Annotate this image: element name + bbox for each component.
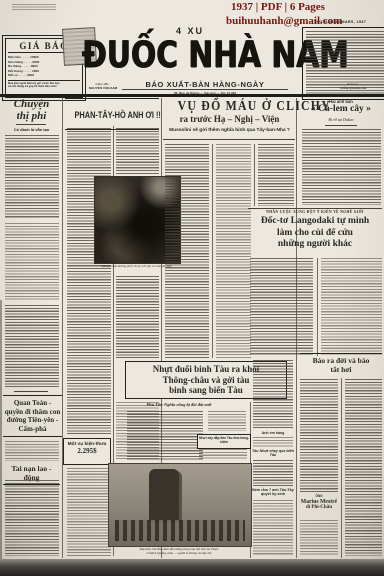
body-text xyxy=(345,379,382,556)
price-row: Mỗi số . . . . . 0$04 xyxy=(8,73,80,78)
column-rule xyxy=(317,258,318,356)
divider xyxy=(14,391,48,392)
headline-thi-phi: Chuyện thị phi xyxy=(3,98,60,122)
body-text xyxy=(250,258,313,356)
masthead-title: ĐUỐC NHÀ NAM xyxy=(82,33,298,76)
editorial-box xyxy=(302,27,384,100)
body-text xyxy=(300,379,338,492)
body-text xyxy=(165,144,209,358)
body-text xyxy=(67,468,111,556)
body-text xyxy=(302,129,381,205)
body-text xyxy=(321,258,382,356)
brief-head-c: Đêm rằm 7 anh Tân-Tây quyết hy-sinh xyxy=(251,488,295,497)
headline-clichy-sub1: ra trước Hạ – Nghị – Viện xyxy=(163,114,296,124)
body-text xyxy=(116,128,159,174)
brief-head-a: Anh em hàng xyxy=(252,431,294,435)
canton-photo xyxy=(108,463,252,547)
dateline: THỨ NĂM 25 MARS, 1937 xyxy=(300,20,380,24)
body-text xyxy=(258,144,294,206)
masthead-director: Giám-đốc : NGUYỄN VĂN-SAM xyxy=(74,82,132,90)
crowd-shape xyxy=(115,520,246,541)
scan-edge-bottom xyxy=(0,559,384,576)
body-text xyxy=(5,441,59,461)
scan-smudge xyxy=(12,4,56,10)
headline-bao-ra-doi: Báo ra đời và báo tắt hơi xyxy=(300,353,382,374)
headline-kien-thua: Một vụ kiện-thưa 2.295$ xyxy=(63,438,111,465)
newspaper-page: 1937 | PDF | 6 Pages buihuuhanh@gmail.co… xyxy=(0,0,384,576)
headline-calem: « Cà-lem cây » xyxy=(302,104,380,114)
headline-langodaki: Đốc-tơ Langodaki tự mình làm cho cùi để … xyxy=(246,216,384,251)
column-rule xyxy=(341,378,342,558)
body-text xyxy=(5,223,59,301)
body-text xyxy=(253,460,293,486)
body-text xyxy=(116,276,159,358)
divider xyxy=(325,125,357,126)
body-text xyxy=(5,135,59,219)
body-text xyxy=(253,437,293,447)
body-text xyxy=(253,360,293,428)
column-rule xyxy=(254,144,255,206)
editorial-box-text xyxy=(306,31,384,96)
headline-clichy-sub2: Mussolini sẽ gởi thêm nghĩa binh qua Tây… xyxy=(163,128,296,133)
canton-photo-caption: Đại-biểu của Hoa-kiều đến dưng tràng hoa… xyxy=(98,547,260,555)
price-note: và mỗi tháng trả góp thì thêm tiền cước xyxy=(8,85,80,88)
headline-clichy: VỤ ĐỔ MÁU Ở CLICHY xyxy=(163,97,296,115)
headline-phan-tay-ho: PHAN-TÂY-HỒ ANH ƠI !! xyxy=(65,98,159,130)
brief-head-b: Tàu Nhựt chạy qua biển Tàu xyxy=(251,449,295,458)
body-text xyxy=(300,520,338,556)
divider xyxy=(163,139,295,140)
body-text xyxy=(127,411,203,460)
subhead-nhut-duoi: Phủ Tân-Nghĩa cũng bị đòi đất mới xyxy=(127,402,231,407)
body-text xyxy=(216,144,251,358)
headline-toan-quyen: Quan Toàn - quyền đi thăm con đường Tiên… xyxy=(3,395,62,437)
kicker-langodaki: NHÂN CUỘC XUNG ĐỘT Ý KIẾN VỀ NGHỀ GIỚI xyxy=(246,210,384,214)
headline-marius: ÔNG Marius Mestré đi Phi-Châu xyxy=(297,494,341,510)
body-text xyxy=(199,449,247,460)
subhead-calem: Bị vỡ tại Dakao xyxy=(302,117,380,122)
body-text xyxy=(5,480,59,556)
masthead-subtitle: BÁO XUẤT-BẢN HÀNG-NGÀY xyxy=(120,80,290,89)
scan-edge-left xyxy=(0,300,2,562)
divider xyxy=(248,208,382,209)
body-text xyxy=(67,128,111,434)
monument-shape xyxy=(149,469,179,521)
subhead-thi-phi: Có đánh là vẫn tạo xyxy=(3,127,60,132)
watermark-line1: 1937 | PDF | 6 Pages xyxy=(231,1,325,13)
divider xyxy=(16,124,46,125)
boxed-brief: Nhựt xây đắp đàn Tàu đưa hàng-chiến xyxy=(197,434,251,449)
body-text xyxy=(5,305,59,387)
column-rule xyxy=(62,98,63,558)
body-text xyxy=(208,411,246,431)
director-name: NGUYỄN VĂN-SAM xyxy=(74,86,132,90)
column-rule xyxy=(212,144,213,358)
